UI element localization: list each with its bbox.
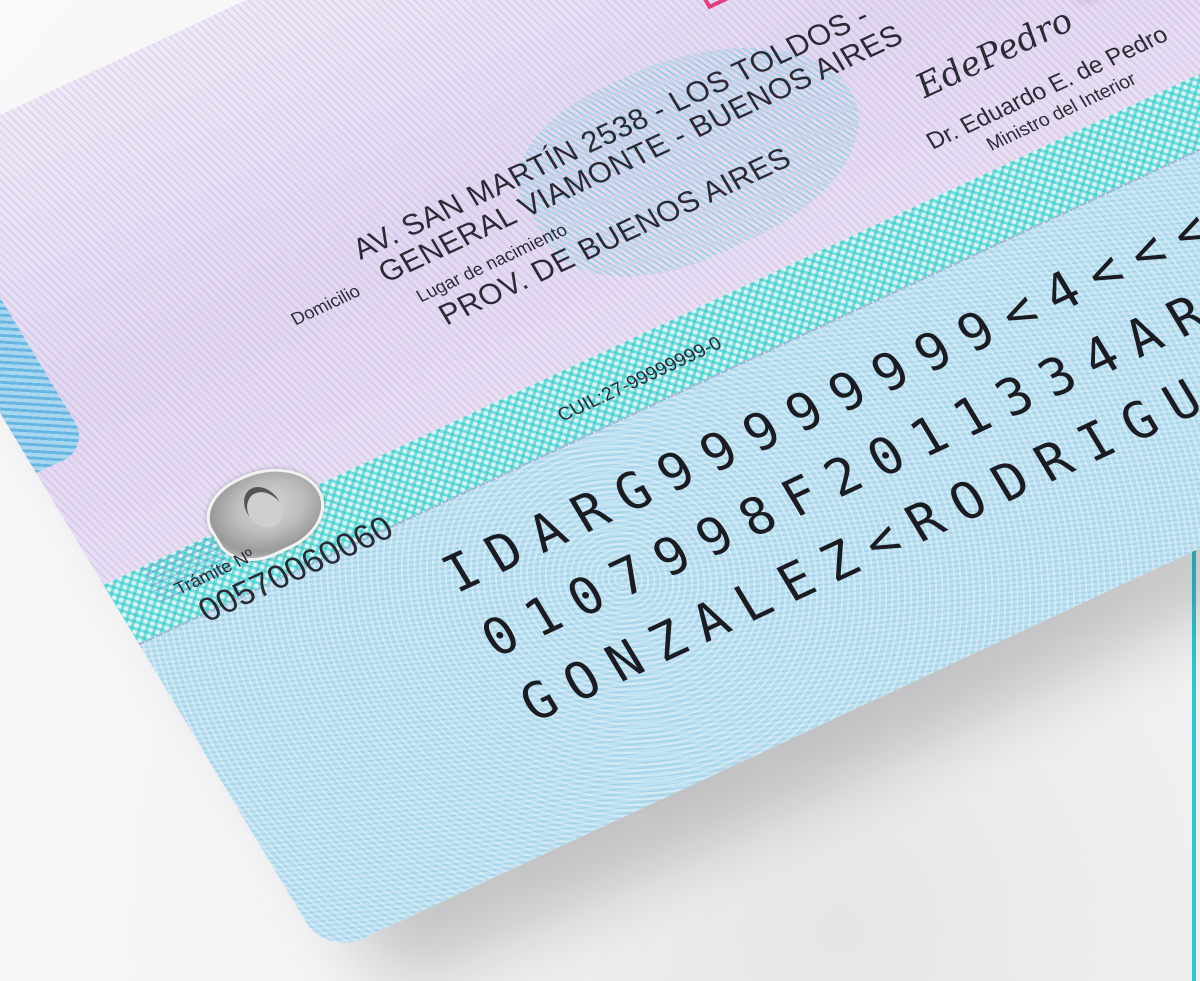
id-card-photo: Domicilio AV. SAN MARTÍN 2538 - LOS TOLD… <box>0 0 1200 981</box>
id-card: Domicilio AV. SAN MARTÍN 2538 - LOS TOLD… <box>0 0 1200 956</box>
